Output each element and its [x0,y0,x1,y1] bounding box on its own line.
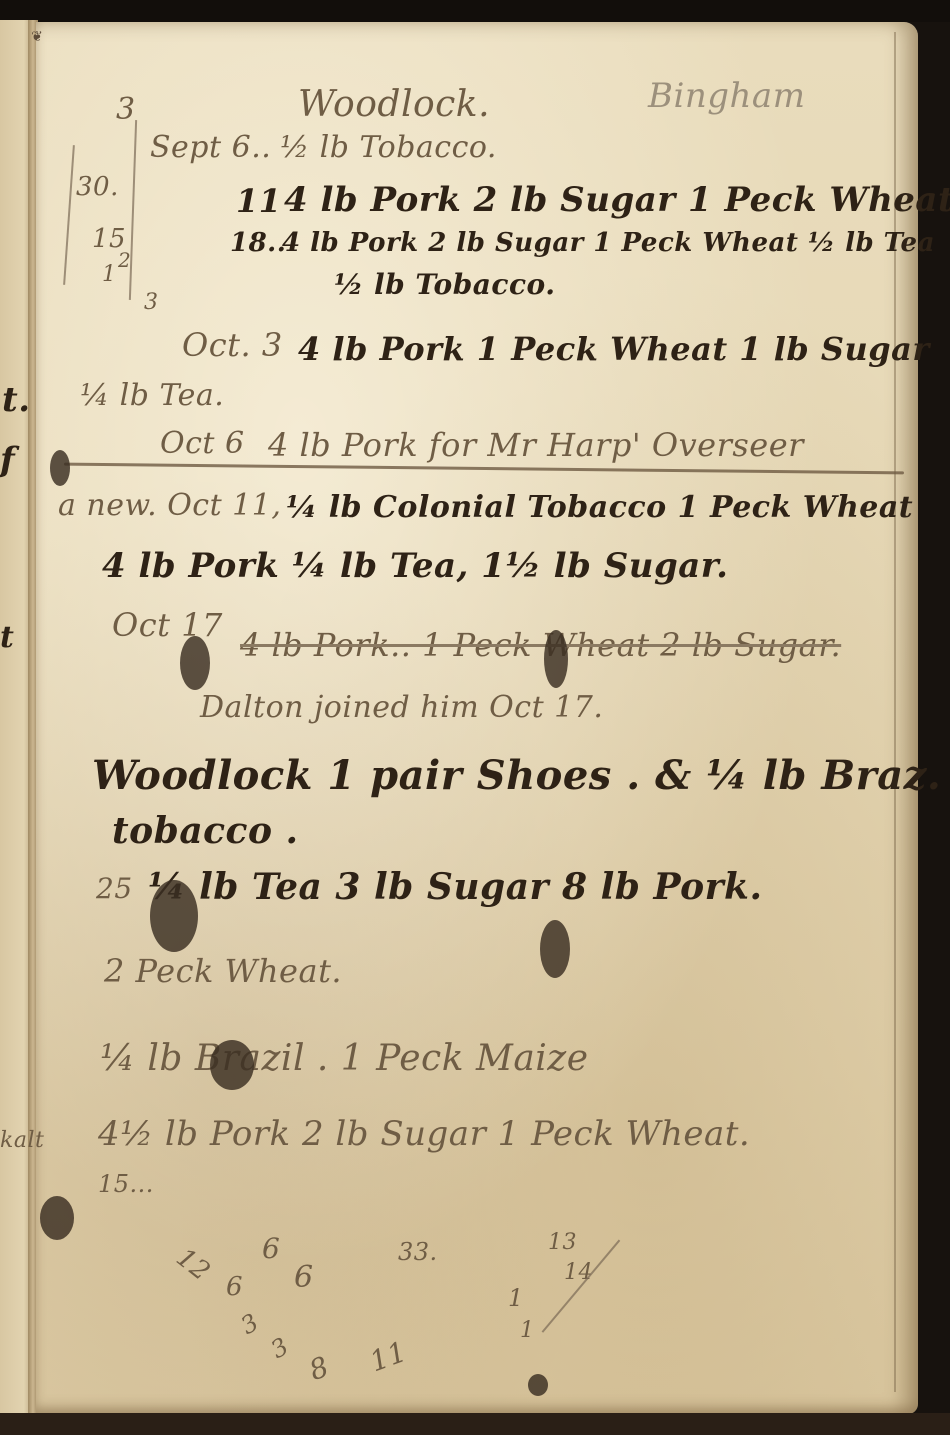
entry-text: 4 lb Pork for Mr Harp' Overseer [268,426,804,464]
margin-tally-number: 30. [76,172,119,202]
facing-fragment: kalt [0,1128,44,1153]
entry-text: 4 lb Pork.. 1 Peck Wheat 2 lb Sugar. [240,626,841,664]
facing-fragment: t. [2,380,31,420]
entry-text: ¼ lb Tea 3 lb Sugar 8 lb Pork. [148,866,763,908]
margin-tally-number: 1 [102,262,117,287]
ink-blot [150,880,198,952]
ornament-icon: ❦ [30,30,44,78]
ink-blot [210,1040,254,1090]
entry-text: 4 lb Pork 1 Peck Wheat 1 lb Sugar [298,330,930,368]
ink-blot [540,920,570,978]
pencil-note: Bingham [648,76,805,116]
entry-text: tobacco . [112,810,299,852]
entry-date: Oct. 3 [182,326,283,364]
entry-text: ¼ lb Brazil . 1 Peck Maize [100,1038,589,1079]
entry-text: ½ lb Tobacco. [334,268,555,301]
facing-fragment: t [0,620,14,655]
book-cover-top [0,0,950,22]
margin-tally-number: 2 [118,248,131,272]
margin-tally-number: 3 [144,290,159,315]
ledger-header-name: Woodlock. [298,84,490,125]
bottom-figure: 33. [398,1238,438,1266]
bottom-figure: 14 [564,1260,593,1285]
entry-date: Oct 17 [112,606,223,644]
entry-date: 18.. [230,228,286,258]
bottom-figure: 6 [262,1232,280,1265]
entry-date: 11 [236,182,282,220]
bottom-figure: 13 [548,1230,577,1255]
ink-blot [544,630,568,688]
entry-text: 15... [98,1170,154,1198]
facing-fragment: f [0,440,15,480]
bottom-figure: 6 [226,1272,243,1302]
bottom-figure: 6 [294,1260,314,1295]
ink-blot [40,1196,74,1240]
ink-blot [528,1374,548,1396]
bottom-figure: 1 [520,1318,535,1343]
entry-text: 4 lb Pork 2 lb Sugar 1 Peck Wheat ½ lb T… [282,228,935,258]
entry-date: Oct 6 [160,426,245,461]
entry-note: Dalton joined him Oct 17. [200,690,603,725]
entry-text: ¼ lb Tea. [80,378,224,413]
entry-date: a new. Oct 11, [58,488,281,523]
margin-tally-number: 3 [116,92,136,127]
ink-blot [180,636,210,690]
entry-text: 4 lb Pork 2 lb Sugar 1 Peck Wheat [284,180,950,220]
entry-date: 25 [96,872,133,905]
entry-text: ¼ lb Colonial Tobacco 1 Peck Wheat [286,490,913,525]
entry-text: Woodlock 1 pair Shoes . & ¼ lb Braz. [92,752,941,799]
entry-text: ½ lb Tobacco. [280,130,497,165]
bottom-figure: 1 [508,1284,524,1312]
entry-text: 4 lb Pork ¼ lb Tea, 1½ lb Sugar. [102,546,728,586]
entry-text: 2 Peck Wheat. [104,952,342,990]
entry-text: 4½ lb Pork 2 lb Sugar 1 Peck Wheat. [98,1114,750,1154]
book-cover-bottom [0,1413,950,1435]
ink-blot [50,450,70,486]
entry-date: Sept 6.. [150,130,271,165]
manuscript-scan: ❦ t. f t kalt 3 30. 15 1 2 3 Woodlock. B… [0,0,950,1435]
